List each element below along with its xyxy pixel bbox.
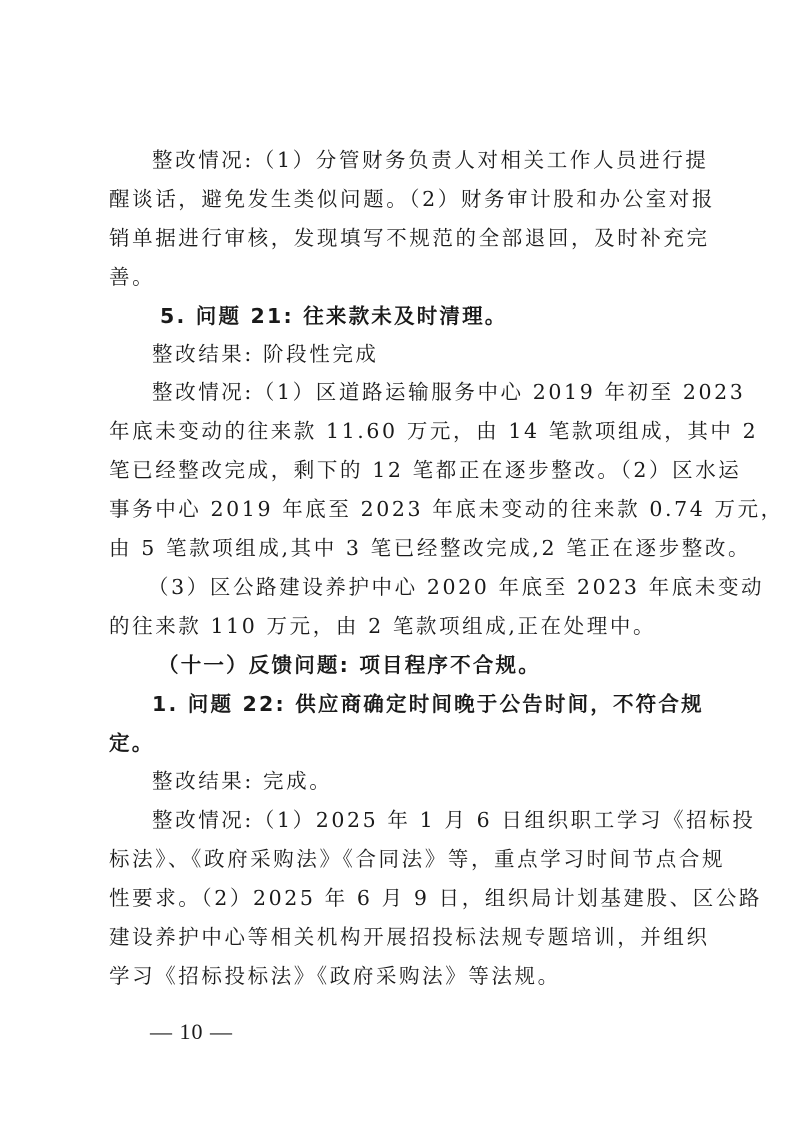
issue-21-status-line-7: 的往来款 110 万元，由 2 笔款项组成,正在处理中。 xyxy=(109,612,709,640)
page-number: — 10 — xyxy=(150,1018,233,1046)
issue-22-heading-line-2: 定。 xyxy=(109,729,709,757)
issue-22-status-line-2: 标法》、《政府采购法》《合同法》等，重点学习时间节点合规 xyxy=(109,845,709,873)
issue-21-status-line-6: （3）区公路建设养护中心 2020 年底至 2023 年底未变动 xyxy=(148,573,748,601)
paragraph-rectification-status-line-4: 善。 xyxy=(109,263,709,291)
issue-21-status-line-4: 事务中心 2019 年底至 2023 年底未变动的往来款 0.74 万元， xyxy=(109,495,709,523)
issue-21-status-line-3: 笔已经整改完成，剩下的 12 笔都正在逐步整改。（2）区水运 xyxy=(109,456,709,484)
issue-21-status-line-1: 整改情况:（1）区道路运输服务中心 2019 年初至 2023 xyxy=(152,378,752,406)
issue-22-status-line-5: 学习《招标投标法》《政府采购法》等法规。 xyxy=(109,962,709,990)
issue-22-status-line-4: 建设养护中心等相关机构开展招投标法规专题培训，并组织 xyxy=(109,923,709,951)
issue-21-heading: 5. 问题 21: 往来款未及时清理。 xyxy=(160,302,760,330)
document-page: 整改情况:（1）分管财务负责人对相关工作人员进行提 醒谈话，避免发生类似问题。（… xyxy=(0,0,793,1121)
issue-22-status-line-1: 整改情况:（1）2025 年 1 月 6 日组织职工学习《招标投 xyxy=(152,806,752,834)
issue-21-result: 整改结果: 阶段性完成 xyxy=(152,340,752,368)
section-11-heading: （十一）反馈问题: 项目程序不合规。 xyxy=(158,651,758,679)
paragraph-rectification-status-line-2: 醒谈话，避免发生类似问题。（2）财务审计股和办公室对报 xyxy=(109,185,709,213)
paragraph-rectification-status-line-3: 销单据进行审核，发现填写不规范的全部退回，及时补充完 xyxy=(109,224,709,252)
issue-22-status-line-3: 性要求。（2）2025 年 6 月 9 日，组织局计划基建股、区公路 xyxy=(109,884,709,912)
issue-21-status-line-5: 由 5 笔款项组成,其中 3 笔已经整改完成,2 笔正在逐步整改。 xyxy=(109,534,709,562)
issue-21-status-line-2: 年底未变动的往来款 11.60 万元，由 14 笔款项组成，其中 2 xyxy=(109,417,709,445)
issue-22-result: 整改结果: 完成。 xyxy=(152,767,752,795)
paragraph-rectification-status-line-1: 整改情况:（1）分管财务负责人对相关工作人员进行提 xyxy=(152,146,752,174)
issue-22-heading-line-1: 1. 问题 22: 供应商确定时间晚于公告时间，不符合规 xyxy=(152,690,752,718)
